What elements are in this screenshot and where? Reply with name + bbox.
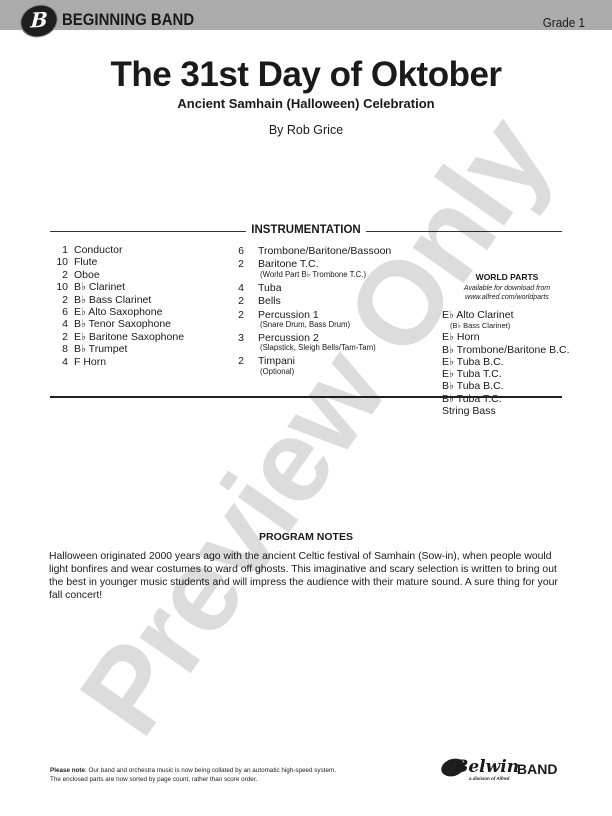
footnote-label: Please note <box>50 767 85 774</box>
instrument-name: Timpani <box>258 355 295 367</box>
instrument-note: (World Part B♭ Trombone T.C.) <box>234 270 391 280</box>
instrument-qty: 4 <box>50 356 68 368</box>
piece-title: The 31st Day of Oktober <box>0 55 612 95</box>
score-cover-page: B BEGINNING BAND Grade 1 The 31st Day of… <box>0 0 612 816</box>
instrument-name: B♭ Tenor Saxophone <box>74 318 171 330</box>
instrument-name: E♭ Alto Saxophone <box>74 306 162 318</box>
instrument-name: Baritone T.C. <box>258 258 319 270</box>
program-notes-heading: PROGRAM NOTES <box>0 531 612 543</box>
section-divider <box>50 396 562 398</box>
instrument-name: Oboe <box>74 269 100 281</box>
instrument-row: 2B♭ Bass Clarinet <box>50 294 184 306</box>
brand-band: BAND <box>517 761 557 777</box>
footnote-line1: Please note: Our band and orchestra musi… <box>50 767 336 776</box>
instrument-name: Tuba <box>258 282 282 294</box>
collation-footnote: Please note: Our band and orchestra musi… <box>50 767 336 784</box>
footnote-line2: The enclosed parts are now sorted by pag… <box>50 776 336 785</box>
instrument-qty: 2 <box>234 258 244 270</box>
brand-word: Belwin <box>454 757 519 777</box>
world-parts-note: Available for download from www.alfred.c… <box>432 284 582 302</box>
instrument-row: 4B♭ Tenor Saxophone <box>50 318 184 330</box>
instrument-name: E♭ Baritone Saxophone <box>74 331 184 343</box>
composer: By Rob Grice <box>0 123 612 137</box>
instrument-row: 2E♭ Baritone Saxophone <box>50 331 184 343</box>
instrument-row: 1Conductor <box>50 244 184 256</box>
brand-division: a division of Alfred <box>469 776 509 781</box>
instrument-qty: 2 <box>234 355 244 367</box>
instrument-qty: 4 <box>50 318 68 330</box>
instrument-note: (Slapstick, Sleigh Bells/Tam-Tam) <box>234 343 391 353</box>
piece-subtitle: Ancient Samhain (Halloween) Celebration <box>0 96 612 111</box>
world-part-item: B♭ Tuba B.C. <box>442 380 582 392</box>
world-part-item: E♭ Horn <box>442 331 582 343</box>
instrument-row: 10Flute <box>50 256 184 268</box>
instrument-name: Flute <box>74 256 97 268</box>
instrument-name: Trombone/Baritone/Bassoon <box>258 245 391 257</box>
instrument-qty: 4 <box>234 282 244 294</box>
belwin-logo-icon: B <box>15 0 62 43</box>
instrument-qty: 8 <box>50 343 68 355</box>
world-parts-heading: WORLD PARTS <box>432 272 582 282</box>
world-parts-list: E♭ Alto Clarinet(B♭ Bass Clarinet)E♭ Hor… <box>442 309 582 417</box>
instrument-qty: 6 <box>50 306 68 318</box>
instrument-name: B♭ Bass Clarinet <box>74 294 151 306</box>
instrument-qty: 1 <box>50 244 68 256</box>
instrument-name: B♭ Clarinet <box>74 281 125 293</box>
instrument-qty: 3 <box>234 332 244 344</box>
instrument-name: Conductor <box>74 244 122 256</box>
footnote-text1: : Our band and orchestra music is now be… <box>85 767 336 774</box>
instrument-row: 2Oboe <box>50 269 184 281</box>
instrument-row: 8B♭ Trumpet <box>50 343 184 355</box>
header-bar: B BEGINNING BAND Grade 1 <box>0 0 612 30</box>
instrument-list-column-2: 6Trombone/Baritone/Bassoon2Baritone T.C.… <box>234 244 391 379</box>
world-part-item: E♭ Tuba T.C. <box>442 368 582 380</box>
instrument-row: 6E♭ Alto Saxophone <box>50 306 184 318</box>
instrument-name: F Horn <box>74 356 106 368</box>
series-label: BEGINNING BAND <box>62 10 194 30</box>
logo-letter: B <box>30 7 48 32</box>
instrumentation-heading: INSTRUMENTATION <box>50 224 562 238</box>
instrumentation-heading-text: INSTRUMENTATION <box>246 224 365 236</box>
world-parts-note-line1: Available for download from <box>432 284 582 293</box>
instrument-qty: 6 <box>234 245 244 257</box>
world-parts-url[interactable]: www.alfred.com/worldparts <box>432 293 582 302</box>
instrument-row: 4F Horn <box>50 356 184 368</box>
instrument-qty: 2 <box>234 309 244 321</box>
instrument-qty: 2 <box>234 295 244 307</box>
instrument-row: 4Tuba <box>234 282 391 294</box>
world-part-item: E♭ Tuba B.C. <box>442 356 582 368</box>
instrument-qty: 2 <box>50 331 68 343</box>
instrument-qty: 2 <box>50 294 68 306</box>
world-part-item: String Bass <box>442 405 582 417</box>
world-part-item: B♭ Tuba T.C. <box>442 393 582 405</box>
instrument-qty: 10 <box>50 256 68 268</box>
instrument-name: Bells <box>258 295 281 307</box>
world-part-note: (B♭ Bass Clarinet) <box>442 321 582 331</box>
world-part-item: E♭ Alto Clarinet <box>442 309 582 321</box>
instrument-list-column-1: 1Conductor10Flute2Oboe10B♭ Clarinet2B♭ B… <box>50 244 184 368</box>
instrument-qty: 10 <box>50 281 68 293</box>
instrument-note: (Optional) <box>234 367 391 377</box>
instrument-row: 2Bells <box>234 295 391 307</box>
instrument-row: 6Trombone/Baritone/Bassoon <box>234 245 391 257</box>
instrument-note: (Snare Drum, Bass Drum) <box>234 320 391 330</box>
world-part-item: B♭ Trombone/Baritone B.C. <box>442 344 582 356</box>
grade-label: Grade 1 <box>543 15 585 30</box>
instrument-row: 10B♭ Clarinet <box>50 281 184 293</box>
instrument-name: B♭ Trumpet <box>74 343 127 355</box>
program-notes-body: Halloween originated 2000 years ago with… <box>49 550 569 602</box>
belwin-band-logo: Belwin BAND a division of Alfred <box>441 757 571 783</box>
instrument-qty: 2 <box>50 269 68 281</box>
instrumentation-heading-label: INSTRUMENTATION <box>50 224 562 236</box>
